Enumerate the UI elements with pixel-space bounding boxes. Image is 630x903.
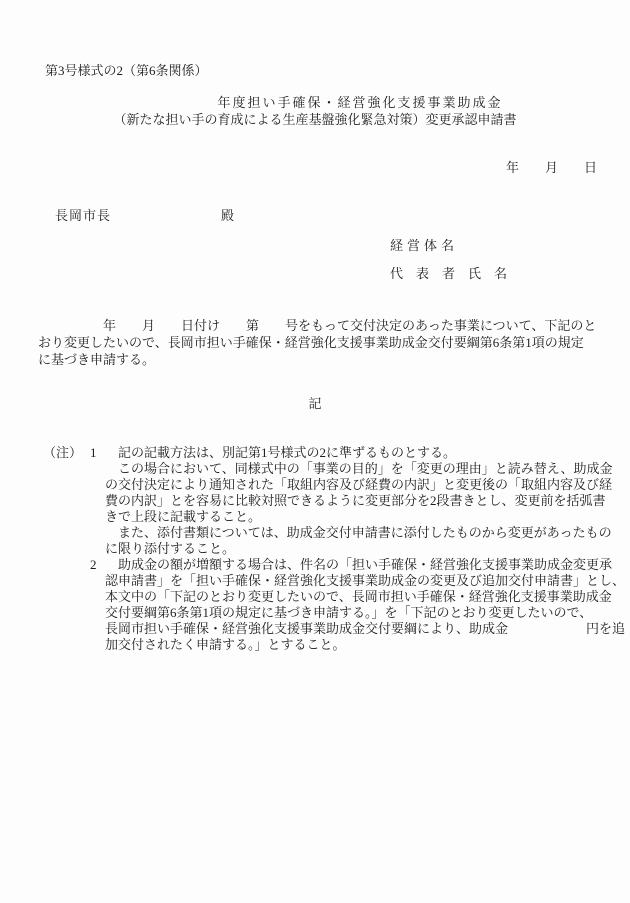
body-paragraph: 年 月 日付け 第 号をもって交付決定のあった事業について、下記のと おり変更し…	[38, 317, 618, 368]
title-line-1: 年度担い手確保・経営強化支援事業助成金	[0, 94, 630, 111]
note-number: 1	[90, 445, 97, 461]
application-form-page: 第3号様式の2（第6条関係） 年度担い手確保・経営強化支援事業助成金 （新たな担…	[0, 0, 630, 903]
title-line-2: （新たな担い手の育成による生産基盤強化緊急対策）変更承認申請書	[0, 111, 630, 128]
note-item-2: 2 助成金の額が増額する場合は、件名の「担い手確保・経営強化支援事業助成金変更承…	[90, 557, 613, 653]
notes-section: （注） 1 記の記載方法は、別記第1号様式の2に準ずるものとする。 この場合にお…	[43, 445, 613, 653]
note-item-1: 1 記の記載方法は、別記第1号様式の2に準ずるものとする。 この場合において、同…	[90, 445, 613, 557]
note-text: 記の記載方法は、別記第1号様式の2に準ずるものとする。 この場合において、同様式…	[105, 445, 613, 557]
note-text: 助成金の額が増額する場合は、件名の「担い手確保・経営強化支援事業助成金変更承 認…	[105, 557, 613, 653]
note-number: 2	[90, 557, 97, 573]
date-field: 年 月 日	[506, 159, 597, 176]
representative-name-label: 代 表 者 氏 名	[390, 265, 507, 282]
entity-name-label: 経営体名	[390, 237, 458, 254]
recipient-honorific: 殿	[221, 208, 235, 223]
form-number: 第3号様式の2（第6条関係）	[45, 62, 208, 79]
document-title: 年度担い手確保・経営強化支援事業助成金 （新たな担い手の育成による生産基盤強化緊…	[0, 94, 630, 128]
recipient-line: 長岡市長殿	[55, 207, 235, 224]
notes-label: （注）	[43, 445, 82, 461]
ki-marker: 記	[0, 395, 630, 412]
recipient-name: 長岡市長	[55, 208, 111, 223]
